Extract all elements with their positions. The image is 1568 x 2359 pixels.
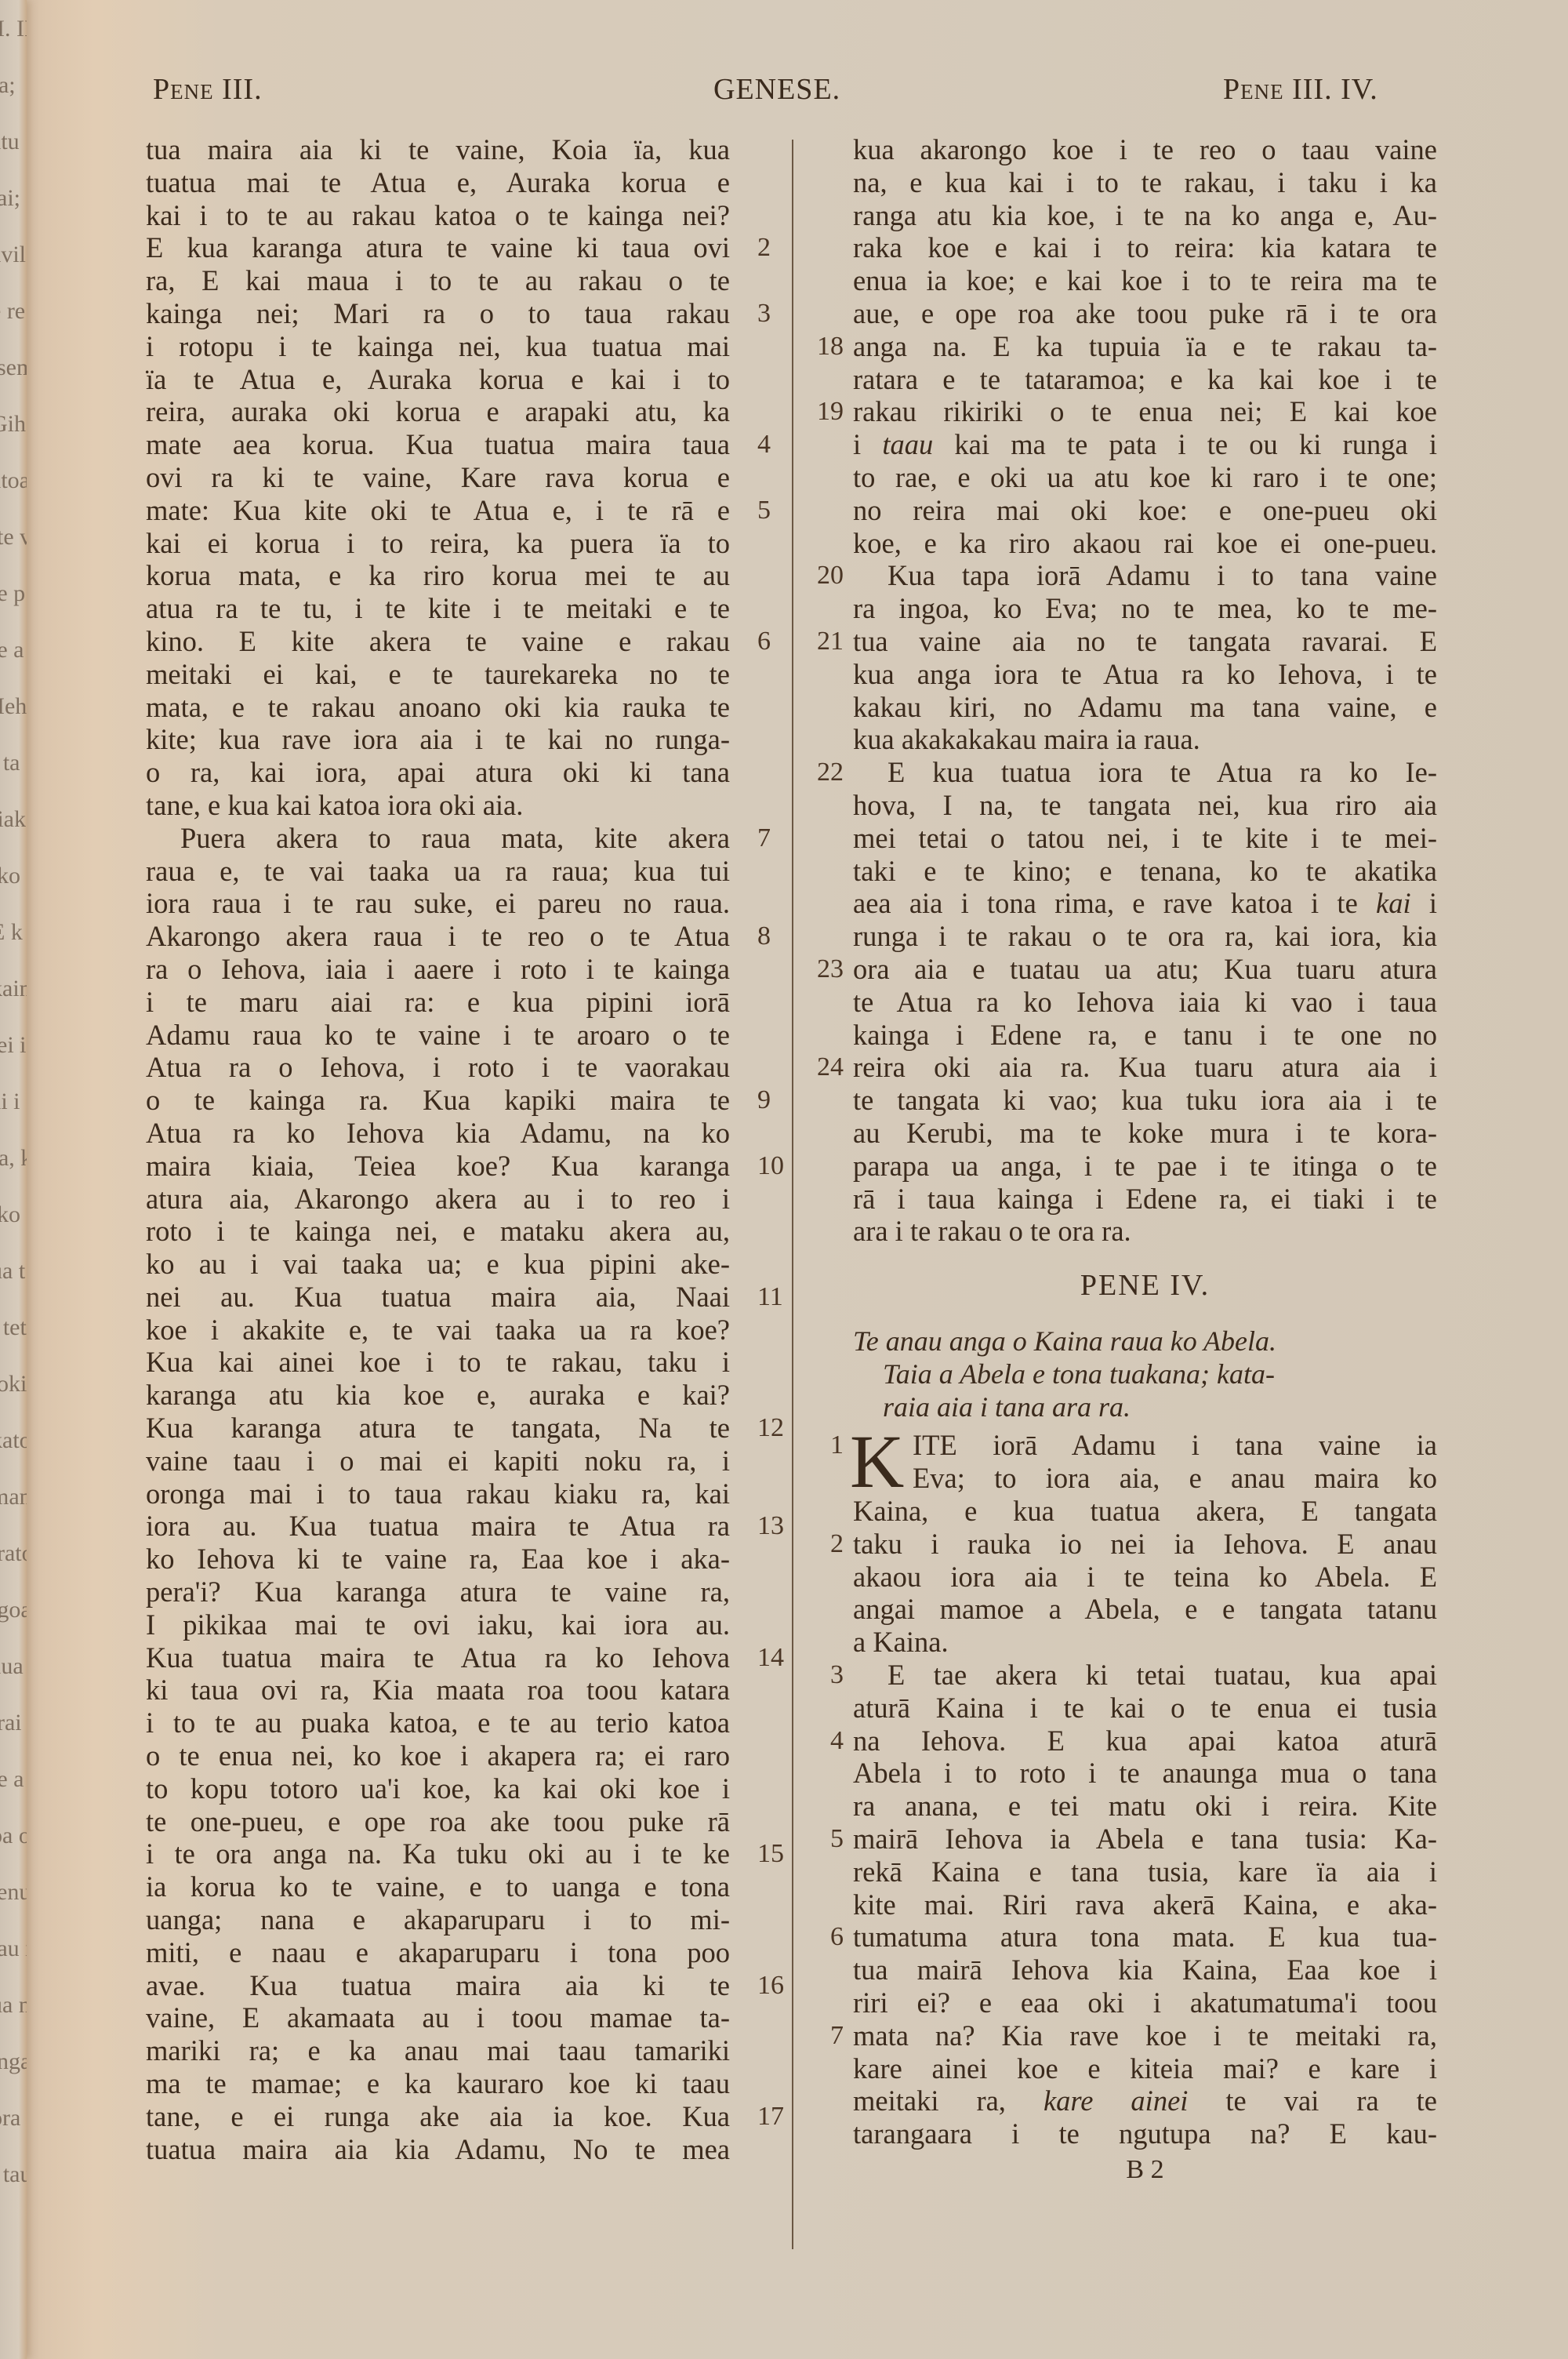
adjacent-page-fragment: avila: [0, 242, 27, 268]
line-text: ara i te rakau o te ora ra.: [853, 1215, 1437, 1248]
adjacent-page-fragment: ra, k: [0, 1145, 27, 1172]
adjacent-page-fragment: rato: [0, 1540, 27, 1567]
text-line: tuatua mai te Atua e, Auraka korua e: [146, 166, 730, 199]
text-line: i rotopu i te kainga nei, kua tuatua mai: [146, 330, 730, 363]
line-text: a Kaina.: [853, 1626, 1437, 1659]
line-text: ma te mamae; e ka kauraro koe ki taau: [146, 2067, 730, 2100]
line-text: koe, e ka riro akaou rai koe ei one-pueu…: [853, 527, 1437, 560]
text-line: rakau rikiriki o te enua nei; E kai koe1…: [853, 395, 1437, 428]
italic-word: kare ainei: [1044, 2085, 1188, 2117]
line-text: iora au. Kua tuatua maira te Atua ra: [146, 1510, 730, 1543]
adjacent-page-fragment: atu: [0, 129, 20, 155]
adjacent-page-fragment: igoa: [0, 1597, 27, 1623]
text-line: riri ei? e eaa oki i akatumatuma'i toou: [853, 1986, 1437, 2019]
line-text: kare ainei koe e kiteia mai? e kare i: [853, 2052, 1437, 2085]
text-line: kite; kua rave iora aia i te kai no rung…: [146, 723, 730, 756]
text-line: anga na. E ka tupuia ïa e te rakau ta-18: [853, 330, 1437, 363]
line-text: ra anana, e tei matu oki i reira. Kite: [853, 1790, 1437, 1823]
line-text: parapa ua anga, i te pae i te itinga o t…: [853, 1150, 1437, 1183]
text-line: kare ainei koe e kiteia mai? e kare i: [853, 2052, 1437, 2085]
adjacent-page-fragment: e re: [0, 298, 25, 325]
text-line: miti, e naau e akaparuparu i tona poo: [146, 1936, 730, 1969]
chapter-4-text: KITE iorā Adamu i tana vaine ia1Eva; to …: [853, 1429, 1437, 2150]
text-line: oronga mai i to taua rakau kiaku ra, kai: [146, 1478, 730, 1510]
adjacent-page-fragment: Ieho: [0, 693, 27, 720]
text-line: avae. Kua tuatua maira aia ki te16: [146, 1969, 730, 2002]
text-line: o ra, kai iora, apai atura oki ki tana: [146, 756, 730, 789]
signature-mark: B 2: [853, 2154, 1437, 2186]
verse-number: 16: [757, 1969, 784, 2002]
text-line: korua mata, e ka riro korua mei te au: [146, 559, 730, 592]
text-line: aturā Kaina i te kai o te enua ei tusia: [853, 1692, 1437, 1725]
adjacent-page-fragment: nga i: [0, 2048, 27, 2075]
text-line: tuatua maira aia kia Adamu, No te mea: [146, 2133, 730, 2166]
line-text: mata, e te rakau anoano oki kia rauka te: [146, 691, 730, 724]
line-text: hova, I na, te tangata nei, kua riro aia: [853, 789, 1437, 822]
adjacent-page-fragment: E k: [0, 919, 23, 946]
adjacent-page-fragment: i tet: [0, 1314, 27, 1341]
text-line: I pikikaa mai te ovi iaku, kai iora au.: [146, 1608, 730, 1641]
line-text: ki taua ovi ra, Kia maata roa toou katar…: [146, 1674, 730, 1707]
line-text: vaine, E akamaata au i toou mamae ta-: [146, 2001, 730, 2034]
line-text: taki e te kino; e tenana, ko te akatika: [853, 855, 1437, 888]
line-text: to kopu totoro ua'i koe, ka kai oki koe …: [146, 1772, 730, 1805]
line-text: rekā Kaina e tana tusia, kare ïa aia i: [853, 1856, 1437, 1888]
text-line: parapa ua anga, i te pae i te itinga o t…: [853, 1150, 1437, 1183]
text-line: vaine taau i o mai ei kapiti noku ra, i: [146, 1445, 730, 1478]
left-text-column: tua maira aia ki te vaine, Koia ïa, kuat…: [146, 133, 730, 2165]
verse-number: 1: [806, 1429, 844, 1462]
text-line: nei au. Kua tuatua maira aia, Naai11: [146, 1281, 730, 1314]
adjacent-page-fragment: I. II: [0, 16, 27, 42]
chapter-3-continuation: kua akarongo koe i te reo o taau vainena…: [853, 133, 1437, 1248]
text-line: kai ei korua i to reira, ka puera ïa to: [146, 527, 730, 560]
text-line: iora au. Kua tuatua maira te Atua ra13: [146, 1510, 730, 1543]
adjacent-page-fragment: te p: [0, 580, 25, 607]
verse-number: 7: [806, 2019, 844, 2052]
verse-number: 9: [757, 1084, 771, 1117]
text-line: no reira mai oki koe: e one-pueu oki: [853, 494, 1437, 527]
verse-number: 7: [757, 822, 771, 855]
line-text: Atua ra o Iehova, i roto i te vaorakau: [146, 1051, 730, 1084]
text-line: o te kainga ra. Kua kapiki maira te9: [146, 1084, 730, 1117]
line-text: aturā Kaina i te kai o te enua ei tusia: [853, 1692, 1437, 1725]
line-text: tuatua mai te Atua e, Auraka korua e: [146, 166, 730, 199]
text-line: rekā Kaina e tana tusia, kare ïa aia i: [853, 1856, 1437, 1888]
adjacent-page-fragment: ko I: [0, 1201, 27, 1228]
text-line: kino. E kite akera te vaine e rakau6: [146, 625, 730, 658]
line-text: Kaina, e kua tuatua akera, E tangata: [853, 1495, 1437, 1528]
verse-number: 18: [806, 330, 844, 363]
italic-word: kai: [1376, 887, 1411, 919]
text-line: raka koe e kai i to reira: kia katara te: [853, 231, 1437, 264]
text-line: atura aia, Akarongo akera au i to reo i: [146, 1183, 730, 1216]
verse-number: 8: [757, 920, 771, 953]
text-line: tane, e kua kai katoa iora oki aia.: [146, 789, 730, 822]
line-text: kainga nei; Mari ra o to taua rakau: [146, 297, 730, 330]
text-line: mate: Kua kite oki te Atua e, i te rā e5: [146, 494, 730, 527]
line-text: iora raua i te rau suke, ei pareu no rau…: [146, 887, 730, 920]
line-text: avae. Kua tuatua maira aia ki te: [146, 1969, 730, 2002]
line-text: reira oki aia ra. Kua tuaru atura aia i: [853, 1051, 1437, 1084]
text-line: tane, e ei runga ake aia ia koe. Kua17: [146, 2100, 730, 2133]
verse-number: 13: [757, 1510, 784, 1543]
text-line: na Iehova. E kua apai katoa aturā4: [853, 1725, 1437, 1757]
line-text: nei au. Kua tuatua maira aia, Naai: [146, 1281, 730, 1314]
text-line: ïa te Atua e, Auraka korua e kai i to: [146, 363, 730, 396]
text-line: uanga; nana e akaparuparu i to mi-: [146, 1903, 730, 1936]
line-text: kino. E kite akera te vaine e rakau: [146, 625, 730, 658]
line-text: koe i akakite e, te vai taaka ua ra koe?: [146, 1314, 730, 1347]
line-text: kai i to te au rakau katoa o te kainga n…: [146, 199, 730, 232]
line-text: Adamu raua ko te vaine i te aroaro o te: [146, 1019, 730, 1052]
text-line: ra o Iehova, iaia i aaere i roto i te ka…: [146, 953, 730, 986]
line-text: tua maira aia ki te vaine, Koia ïa, kua: [146, 133, 730, 166]
italic-word: taau: [882, 428, 933, 460]
text-line: ora aia e tuatau ua atu; Kua tuaru atura…: [853, 953, 1437, 986]
adjacent-page-fragment: kato: [0, 1427, 27, 1454]
text-line: Abela i to roto i te anaunga mua o tana: [853, 1757, 1437, 1790]
text-line: kite mai. Riri rava akerā Kaina, e aka-: [853, 1888, 1437, 1921]
adjacent-page-fragment: tiak: [0, 806, 26, 833]
text-line: mairā Iehova ia Abela e tana tusia: Ka-5: [853, 1823, 1437, 1856]
line-text: raua e, te vai taaka ua ra raua; kua tui: [146, 855, 730, 888]
line-text: o te kainga ra. Kua kapiki maira te: [146, 1084, 730, 1117]
line-text: roto i te kainga nei, e mataku akera au,: [146, 1215, 730, 1248]
line-text: I pikikaa mai te ovi iaku, kai iora au.: [146, 1608, 730, 1641]
verse-number: 17: [757, 2100, 784, 2133]
text-line: vaine, E akamaata au i toou mamae ta-: [146, 2001, 730, 2034]
line-text: to rae, e oki ua atu koe ki raro i te on…: [853, 461, 1437, 494]
summary-line: Te anau anga o Kaina raua ko Abela.: [853, 1325, 1437, 1358]
adjacent-page-fragment: pa o t: [0, 1823, 27, 1849]
text-line: angai mamoe a Abela, e e tangata tatanu: [853, 1593, 1437, 1626]
column-divider-rule: [792, 140, 793, 2249]
text-line: ra anana, e tei matu oki i reira. Kite: [853, 1790, 1437, 1823]
right-text-column: kua akarongo koe i te reo o taau vainena…: [853, 133, 1437, 2186]
text-line: Kua tapa iorā Adamu i to tana vaine20: [853, 559, 1437, 592]
text-line: ratara e te tataramoa; e ka kai koe i te: [853, 363, 1437, 396]
text-line: ra, E kai maua i to te au rakau o te: [146, 264, 730, 297]
line-text: mata na? Kia rave koe i te meitaki ra,: [853, 2019, 1437, 2052]
line-text: Atua ra ko Iehova kia Adamu, na ko: [146, 1117, 730, 1150]
line-text: te Atua ra ko Iehova iaia ki vao i taua: [853, 986, 1437, 1019]
line-text: kakau kiri, no Adamu ma tana vaine, e: [853, 691, 1437, 724]
text-line: Kua karanga atura te tangata, Na te12: [146, 1412, 730, 1445]
text-line: tua maira aia ki te vaine, Koia ïa, kua: [146, 133, 730, 166]
line-text: riri ei? e eaa oki i akatumatuma'i toou: [853, 1986, 1437, 2019]
text-line: kua akarongo koe i te reo o taau vaine: [853, 133, 1437, 166]
line-text: i te ora anga na. Ka tuku oki au i te ke: [146, 1837, 730, 1870]
line-text: pera'i? Kua karanga atura te vaine ra,: [146, 1576, 730, 1608]
verse-number: 10: [757, 1150, 784, 1183]
text-line: meitaki ra, kare ainei te vai ra te: [853, 2085, 1437, 2117]
verse-number: 20: [806, 559, 844, 592]
text-line: roto i te kainga nei, e mataku akera au,: [146, 1215, 730, 1248]
verse-number: 4: [757, 428, 771, 461]
line-text: akaou iora aia i te teina ko Abela. E: [853, 1561, 1437, 1594]
adjacent-page-fragment: ko I: [0, 863, 27, 889]
line-text: Kua tuatua maira te Atua ra ko Iehova: [146, 1641, 730, 1674]
line-text: kainga i Edene ra, e tanu i te one no: [853, 1019, 1437, 1052]
text-line: Kaina, e kua tuatua akera, E tangata: [853, 1495, 1437, 1528]
line-text: ko au i vai taaka ua; e kua pipini ake-: [146, 1248, 730, 1281]
adjacent-page-fragment: rai ia: [0, 1710, 27, 1736]
line-text: tane, e kua kai katoa iora oki aia.: [146, 789, 730, 822]
text-line: to kopu totoro ua'i koe, ka kai oki koe …: [146, 1772, 730, 1805]
verse-number: 11: [757, 1281, 783, 1314]
text-line: mata, e te rakau anoano oki kia rauka te: [146, 691, 730, 724]
line-text: au Kerubi, ma te koke mura i te kora-: [853, 1117, 1437, 1150]
text-line: ovi ra ki te vaine, Kare rava korua e: [146, 461, 730, 494]
text-line: tarangaara i te ngutupa na? E kau-: [853, 2117, 1437, 2150]
text-line: te tangata ki vao; kua tuku iora aia i t…: [853, 1084, 1437, 1117]
text-line: ki taua ovi ra, Kia maata roa toou katar…: [146, 1674, 730, 1707]
line-text: tua vaine aia no te tangata ravarai. E: [853, 625, 1437, 658]
text-line: i te maru aiai ra: e kua pipini iorā: [146, 986, 730, 1019]
running-head-left-text: Pene III.: [153, 73, 263, 106]
adjacent-page-fragment: ei i: [0, 1032, 27, 1059]
line-text: i taau kai ma te pata i te ou ki runga i: [853, 428, 1437, 461]
text-line: to rae, e oki ua atu koe ki raro i te on…: [853, 461, 1437, 494]
line-text: o te enua nei, ko koe i akapera ra; ei r…: [146, 1739, 730, 1772]
text-line: taki e te kino; e tenana, ko te akatika: [853, 855, 1437, 888]
text-line: kua akakakakau maira ia raua.: [853, 723, 1437, 756]
summary-line: raia aia i tana ara ra.: [853, 1390, 1437, 1423]
adjacent-page-fragment: ra;: [0, 72, 16, 99]
line-text: angai mamoe a Abela, e e tangata tatanu: [853, 1593, 1437, 1626]
verse-number: 14: [757, 1641, 784, 1674]
summary-line: Taia a Abela e tona tuakana; kata-: [853, 1358, 1437, 1390]
line-text: maira kiaia, Teiea koe? Kua karanga: [146, 1150, 730, 1183]
text-line: kakau kiri, no Adamu ma tana vaine, e: [853, 691, 1437, 724]
line-text: mei tetai o tatou nei, i te kite i te me…: [853, 822, 1437, 855]
line-text: miti, e naau e akaparuparu i tona poo: [146, 1936, 730, 1969]
line-text: kite; kua rave iora aia i te kai no rung…: [146, 723, 730, 756]
text-line: ko au i vai taaka ua; e kua pipini ake-: [146, 1248, 730, 1281]
verse-number: 21: [806, 625, 844, 658]
text-line: reira, auraka oki korua e arapaki atu, k…: [146, 395, 730, 428]
line-text: ïa te Atua e, Auraka korua e kai i to: [146, 363, 730, 396]
line-text: taku i rauka io nei ia Iehova. E anau: [853, 1528, 1437, 1561]
text-line: kai i to te au rakau katoa o te kainga n…: [146, 199, 730, 232]
line-text: Eva; to iora aia, e anau maira ko: [853, 1462, 1437, 1495]
text-line: i to te au puaka katoa, e te au terio ka…: [146, 1707, 730, 1739]
adjacent-page-fragment: aua a: [0, 1653, 27, 1680]
verse-number: 3: [757, 297, 771, 330]
text-line: meitaki ei kai, e te taurekareka no te: [146, 658, 730, 691]
summary-text: Te anau anga o Kaina raua ko Abela.: [853, 1325, 1437, 1358]
text-line: maira kiaia, Teiea koe? Kua karanga10: [146, 1150, 730, 1183]
adjacent-page-edge: I. IIra;atuai;avilae resemGihoatoate vte…: [0, 0, 27, 2359]
verse-number: 6: [757, 625, 771, 658]
line-text: ra o Iehova, iaia i aaere i roto i te ka…: [146, 953, 730, 986]
verse-number: 4: [806, 1725, 844, 1757]
text-line: kua anga iora te Atua ra ko Iehova, i te: [853, 658, 1437, 691]
line-text: ora aia e tuatau ua atu; Kua tuaru atura: [853, 953, 1437, 986]
adjacent-page-fragment: ora ai: [0, 2105, 27, 2132]
text-line: E tae akera ki tetai tuatau, kua apai3: [853, 1659, 1437, 1692]
text-line: E kua karanga atura te vaine ki taua ovi…: [146, 231, 730, 264]
line-text: ra ingoa, ko Eva; no te mea, ko te me-: [853, 592, 1437, 625]
text-line: ara i te rakau o te ora ra.: [853, 1215, 1437, 1248]
line-text: korua mata, e ka riro korua mei te au: [146, 559, 730, 592]
verse-number: 23: [806, 953, 844, 986]
line-text: E kua tuatua iora te Atua ra ko Ie-: [853, 756, 1437, 789]
adjacent-page-fragment: oki t: [0, 1371, 27, 1398]
line-text: ra, E kai maua i to te au rakau o te: [146, 264, 730, 297]
adjacent-page-fragment: sem: [0, 354, 27, 381]
line-text: mate aea korua. Kua tuatua maira taua: [146, 428, 730, 461]
line-text: aea aia i tona rima, e rave katoa i te k…: [853, 887, 1437, 920]
text-line: iora raua i te rau suke, ei pareu no rau…: [146, 887, 730, 920]
line-text: enua ia koe; e kai koe i to te reira ma …: [853, 264, 1437, 297]
text-line: tua vaine aia no te tangata ravarai. E21: [853, 625, 1437, 658]
text-line: Akarongo akera raua i te reo o te Atua8: [146, 920, 730, 953]
line-text: atua ra te tu, i te kite i te meitaki e …: [146, 592, 730, 625]
adjacent-page-fragment: man: [0, 1484, 27, 1510]
text-line: Kua tuatua maira te Atua ra ko Iehova14: [146, 1641, 730, 1674]
text-line: ranga atu kia koe, i te na ko anga e, Au…: [853, 199, 1437, 232]
line-text: aue, e ope roa ake toou puke rā i te ora: [853, 297, 1437, 330]
adjacent-page-fragment: ua t: [0, 1258, 25, 1285]
text-line: i taau kai ma te pata i te ou ki runga i: [853, 428, 1437, 461]
text-line: koe i akakite e, te vai taaka ua ra koe?: [146, 1314, 730, 1347]
line-text: Kua kai ainei koe i to te rakau, taku i: [146, 1346, 730, 1379]
line-text: tumatuma atura tona mata. E kua tua-: [853, 1921, 1437, 1954]
line-text: ko Iehova ki te vaine ra, Eaa koe i aka-: [146, 1543, 730, 1576]
running-head-right-text: Pene III. IV.: [1223, 73, 1378, 106]
text-line: te one-pueu, e ope roa ake toou puke rā: [146, 1805, 730, 1838]
text-line: te Atua ra ko Iehova iaia ki vao i taua: [853, 986, 1437, 1019]
adjacent-page-fragment: enua: [0, 1879, 27, 1906]
chapter-summary: Te anau anga o Kaina raua ko Abela.Taia …: [853, 1325, 1437, 1423]
verse-number: 22: [806, 756, 844, 789]
adjacent-page-fragment: Giho: [0, 411, 27, 438]
text-line: na, e kua kai i to te rakau, i taku i ka: [853, 166, 1437, 199]
book-title-text: GENESE.: [713, 73, 840, 106]
chapter-heading: PENE IV.: [853, 1270, 1437, 1304]
line-text: i rotopu i te kainga nei, kua tuatua mai: [146, 330, 730, 363]
text-line: akaou iora aia i te teina ko Abela. E: [853, 1561, 1437, 1594]
line-text: ratara e te tataramoa; e ka kai koe i te: [853, 363, 1437, 396]
verse-number: 2: [806, 1528, 844, 1561]
line-text: ITE iorā Adamu i tana vaine ia: [853, 1429, 1437, 1462]
line-text: Akarongo akera raua i te reo o te Atua: [146, 920, 730, 953]
text-line: i te ora anga na. Ka tuku oki au i te ke…: [146, 1837, 730, 1870]
text-line: ko Iehova ki te vaine ra, Eaa koe i aka-: [146, 1543, 730, 1576]
text-line: rā i taua kainga i Edene ra, ei tiaki i …: [853, 1183, 1437, 1216]
adjacent-page-fragment: ai i: [0, 1089, 20, 1115]
adjacent-page-fragment: ua n: [0, 1992, 27, 2019]
line-text: vaine taau i o mai ei kapiti noku ra, i: [146, 1445, 730, 1478]
line-text: meitaki ra, kare ainei te vai ra te: [853, 2085, 1437, 2117]
line-text: runga i te rakau o te ora ra, kai iora, …: [853, 920, 1437, 953]
line-text: atura aia, Akarongo akera au i to reo i: [146, 1183, 730, 1216]
adjacent-page-fragment: te v: [0, 524, 27, 551]
text-line: mata na? Kia rave koe i te meitaki ra,7: [853, 2019, 1437, 2052]
running-head-right: Pene III. IV.: [1223, 72, 1378, 107]
line-text: karanga atu kia koe e, auraka e kai?: [146, 1379, 730, 1412]
running-head-left: Pene III.: [153, 72, 263, 107]
adjacent-page-fragment: tau i: [0, 1936, 27, 1962]
line-text: tane, e ei runga ake aia ia koe. Kua: [146, 2100, 730, 2133]
text-line: pera'i? Kua karanga atura te vaine ra,: [146, 1576, 730, 1608]
text-line: koe, e ka riro akaou rai koe ei one-pueu…: [853, 527, 1437, 560]
line-text: kua anga iora te Atua ra ko Iehova, i te: [853, 658, 1437, 691]
text-line: a Kaina.: [853, 1626, 1437, 1659]
adjacent-page-fragment: kain: [0, 976, 27, 1002]
text-line: E kua tuatua iora te Atua ra ko Ie-22: [853, 756, 1437, 789]
adjacent-page-fragment: te a: [0, 1766, 24, 1793]
text-line: ITE iorā Adamu i tana vaine ia1: [853, 1429, 1437, 1462]
line-text: Abela i to roto i te anaunga mua o tana: [853, 1757, 1437, 1790]
text-line: reira oki aia ra. Kua tuaru atura aia i2…: [853, 1051, 1437, 1084]
line-text: Kua karanga atura te tangata, Na te: [146, 1412, 730, 1445]
text-line: Kua kai ainei koe i to te rakau, taku i: [146, 1346, 730, 1379]
line-text: reira, auraka oki korua e arapaki atu, k…: [146, 395, 730, 428]
text-line: runga i te rakau o te ora ra, kai iora, …: [853, 920, 1437, 953]
line-text: te one-pueu, e ope roa ake toou puke rā: [146, 1805, 730, 1838]
verse-number: 12: [757, 1412, 784, 1445]
line-text: tua mairā Iehova kia Kaina, Eaa koe i: [853, 1954, 1437, 1986]
line-text: na, e kua kai i to te rakau, i taku i ka: [853, 166, 1437, 199]
line-text: no reira mai oki koe: e one-pueu oki: [853, 494, 1437, 527]
verse-number: 2: [757, 231, 771, 264]
summary-text: raia aia i tana ara ra.: [853, 1390, 1437, 1423]
verse-number: 3: [806, 1659, 844, 1692]
line-text: i te maru aiai ra: e kua pipini iorā: [146, 986, 730, 1019]
text-line: mate aea korua. Kua tuatua maira taua4: [146, 428, 730, 461]
verse-number: 15: [757, 1837, 784, 1870]
text-line: Atua ra ko Iehova kia Adamu, na ko: [146, 1117, 730, 1150]
text-line: enua ia koe; e kai koe i to te reira ma …: [853, 264, 1437, 297]
text-line: mei tetai o tatou nei, i te kite i te me…: [853, 822, 1437, 855]
line-text: uanga; nana e akaparuparu i to mi-: [146, 1903, 730, 1936]
text-line: raua e, te vai taaka ua ra raua; kua tui: [146, 855, 730, 888]
verse-number: 6: [806, 1921, 844, 1954]
line-text: mairā Iehova ia Abela e tana tusia: Ka-: [853, 1823, 1437, 1856]
text-line: aea aia i tona rima, e rave katoa i te k…: [853, 887, 1437, 920]
text-line: mariki ra; e ka anau mai taau tamariki: [146, 2034, 730, 2067]
line-text: i to te au puaka katoa, e te au terio ka…: [146, 1707, 730, 1739]
verse-number: 5: [806, 1823, 844, 1856]
text-line: taku i rauka io nei ia Iehova. E anau2: [853, 1528, 1437, 1561]
line-text: raka koe e kai i to reira: kia katara te: [853, 231, 1437, 264]
line-text: Kua tapa iorā Adamu i to tana vaine: [853, 559, 1437, 592]
line-text: mariki ra; e ka anau mai taau tamariki: [146, 2034, 730, 2067]
text-line: kainga nei; Mari ra o to taua rakau3: [146, 297, 730, 330]
line-text: anga na. E ka tupuia ïa e te rakau ta-: [853, 330, 1437, 363]
line-text: E tae akera ki tetai tuatau, kua apai: [853, 1659, 1437, 1692]
adjacent-page-fragment: i ta: [0, 750, 20, 776]
line-text: tarangaara i te ngutupa na? E kau-: [853, 2117, 1437, 2150]
text-line: ia korua ko te vaine, e to uanga e tona: [146, 1870, 730, 1903]
text-line: Eva; to iora aia, e anau maira ko: [853, 1462, 1437, 1495]
line-text: rā i taua kainga i Edene ra, ei tiaki i …: [853, 1183, 1437, 1216]
text-line: karanga atu kia koe e, auraka e kai?: [146, 1379, 730, 1412]
line-text: kai ei korua i to reira, ka puera ïa to: [146, 527, 730, 560]
adjacent-page-fragment: atoa: [0, 467, 27, 494]
running-head-book-title: GENESE.: [713, 72, 840, 107]
text-line: tua mairā Iehova kia Kaina, Eaa koe i: [853, 1954, 1437, 1986]
text-line: o te enua nei, ko koe i akapera ra; ei r…: [146, 1739, 730, 1772]
line-text: Puera akera to raua mata, kite akera: [146, 822, 730, 855]
line-text: kite mai. Riri rava akerā Kaina, e aka-: [853, 1888, 1437, 1921]
line-text: E kua karanga atura te vaine ki taua ovi: [146, 231, 730, 264]
verse-number: 24: [806, 1051, 844, 1084]
line-text: oronga mai i to taua rakau kiaku ra, kai: [146, 1478, 730, 1510]
